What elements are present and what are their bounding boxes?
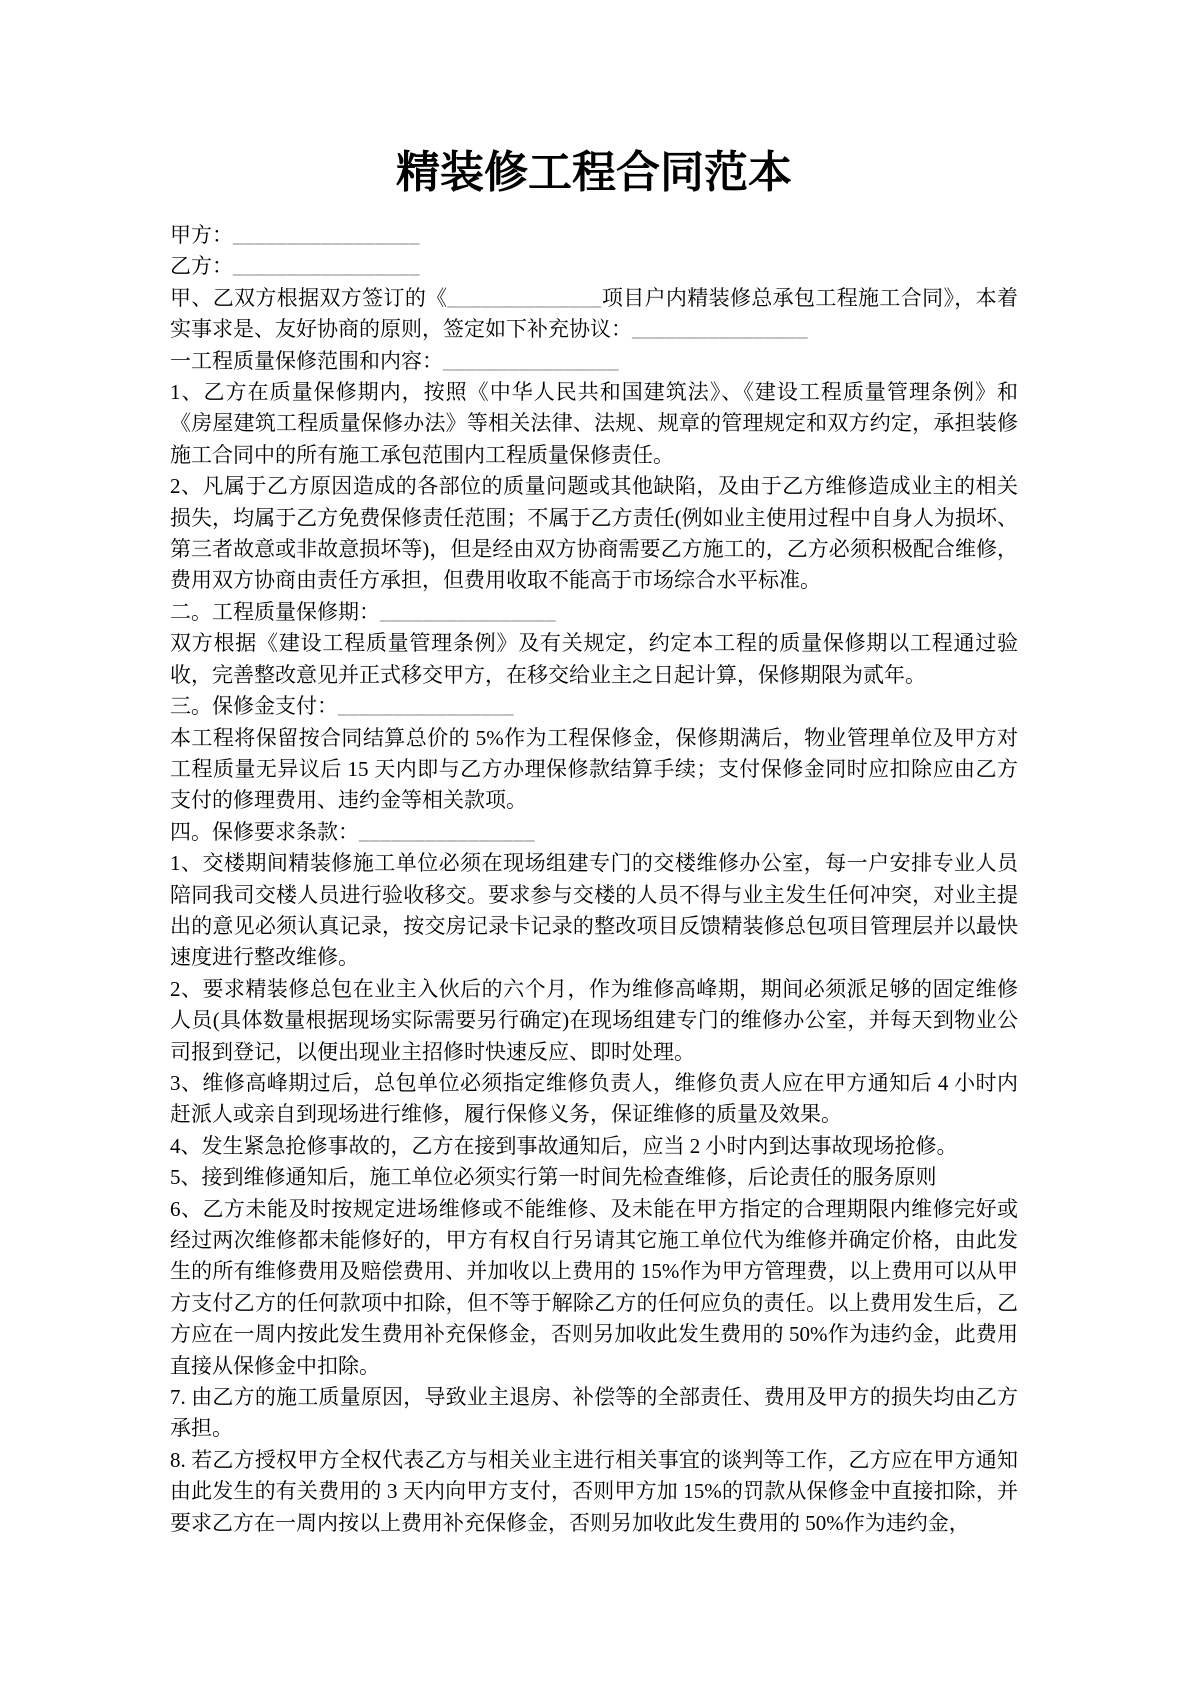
blank-underline: ________________ [338, 694, 514, 718]
contract-page: 精装修工程合同范本 甲方：_________________乙方：_______… [0, 0, 1190, 1683]
paragraph: 一工程质量保修范围和内容：________________ [170, 346, 1018, 377]
blank-underline: _________________ [233, 254, 420, 278]
document-title: 精装修工程合同范本 [170, 142, 1018, 204]
paragraph: 乙方：_________________ [170, 251, 1018, 282]
paragraph: 四。保修要求条款：________________ [170, 817, 1018, 848]
blank-underline: ________________ [359, 820, 535, 844]
paragraph: 8. 若乙方授权甲方全权代表乙方与相关业主进行相关事宜的谈判等工作，乙方应在甲方… [170, 1445, 1018, 1539]
paragraph: 4、发生紧急抢修事故的，乙方在接到事故通知后，应当 2 小时内到达事故现场抢修。 [170, 1131, 1018, 1162]
paragraph: 三。保修金支付：________________ [170, 691, 1018, 722]
paragraph: 甲、乙双方根据双方签订的《______________项目户内精装修总承包工程施… [170, 283, 1018, 346]
blank-underline: ________________ [632, 317, 808, 341]
blank-underline: ________________ [380, 600, 556, 624]
paragraph: 双方根据《建设工程质量管理条例》及有关规定，约定本工程的质量保修期以工程通过验收… [170, 628, 1018, 691]
blank-underline: _________________ [233, 223, 420, 247]
contract-body: 甲方：_________________乙方：_________________… [170, 220, 1018, 1539]
paragraph: 7. 由乙方的施工质量原因，导致业主退房、补偿等的全部责任、费用及甲方的损失均由… [170, 1382, 1018, 1445]
paragraph: 6、乙方未能及时按规定进场维修或不能维修、及未能在甲方指定的合理期限内维修完好或… [170, 1194, 1018, 1382]
paragraph: 甲方：_________________ [170, 220, 1018, 251]
paragraph: 1、乙方在质量保修期内，按照《中华人民共和国建筑法》、《建设工程质量管理条例》和… [170, 377, 1018, 471]
blank-underline: ________________ [443, 349, 619, 373]
paragraph: 2、要求精装修总包在业主入伙后的六个月，作为维修高峰期，期间必须派足够的固定维修… [170, 974, 1018, 1068]
paragraph: 二。工程质量保修期：________________ [170, 597, 1018, 628]
paragraph: 2、凡属于乙方原因造成的各部位的质量问题或其他缺陷，及由于乙方维修造成业主的相关… [170, 471, 1018, 597]
paragraph: 本工程将保留按合同结算总价的 5%作为工程保修金，保修期满后，物业管理单位及甲方… [170, 723, 1018, 817]
paragraph: 5、接到维修通知后，施工单位必须实行第一时间先检查维修，后论责任的服务原则 [170, 1162, 1018, 1193]
blank-underline: ______________ [448, 286, 602, 310]
paragraph: 1、交楼期间精装修施工单位必须在现场组建专门的交楼维修办公室，每一户安排专业人员… [170, 848, 1018, 974]
paragraph: 3、维修高峰期过后，总包单位必须指定维修负责人，维修负责人应在甲方通知后 4 小… [170, 1068, 1018, 1131]
